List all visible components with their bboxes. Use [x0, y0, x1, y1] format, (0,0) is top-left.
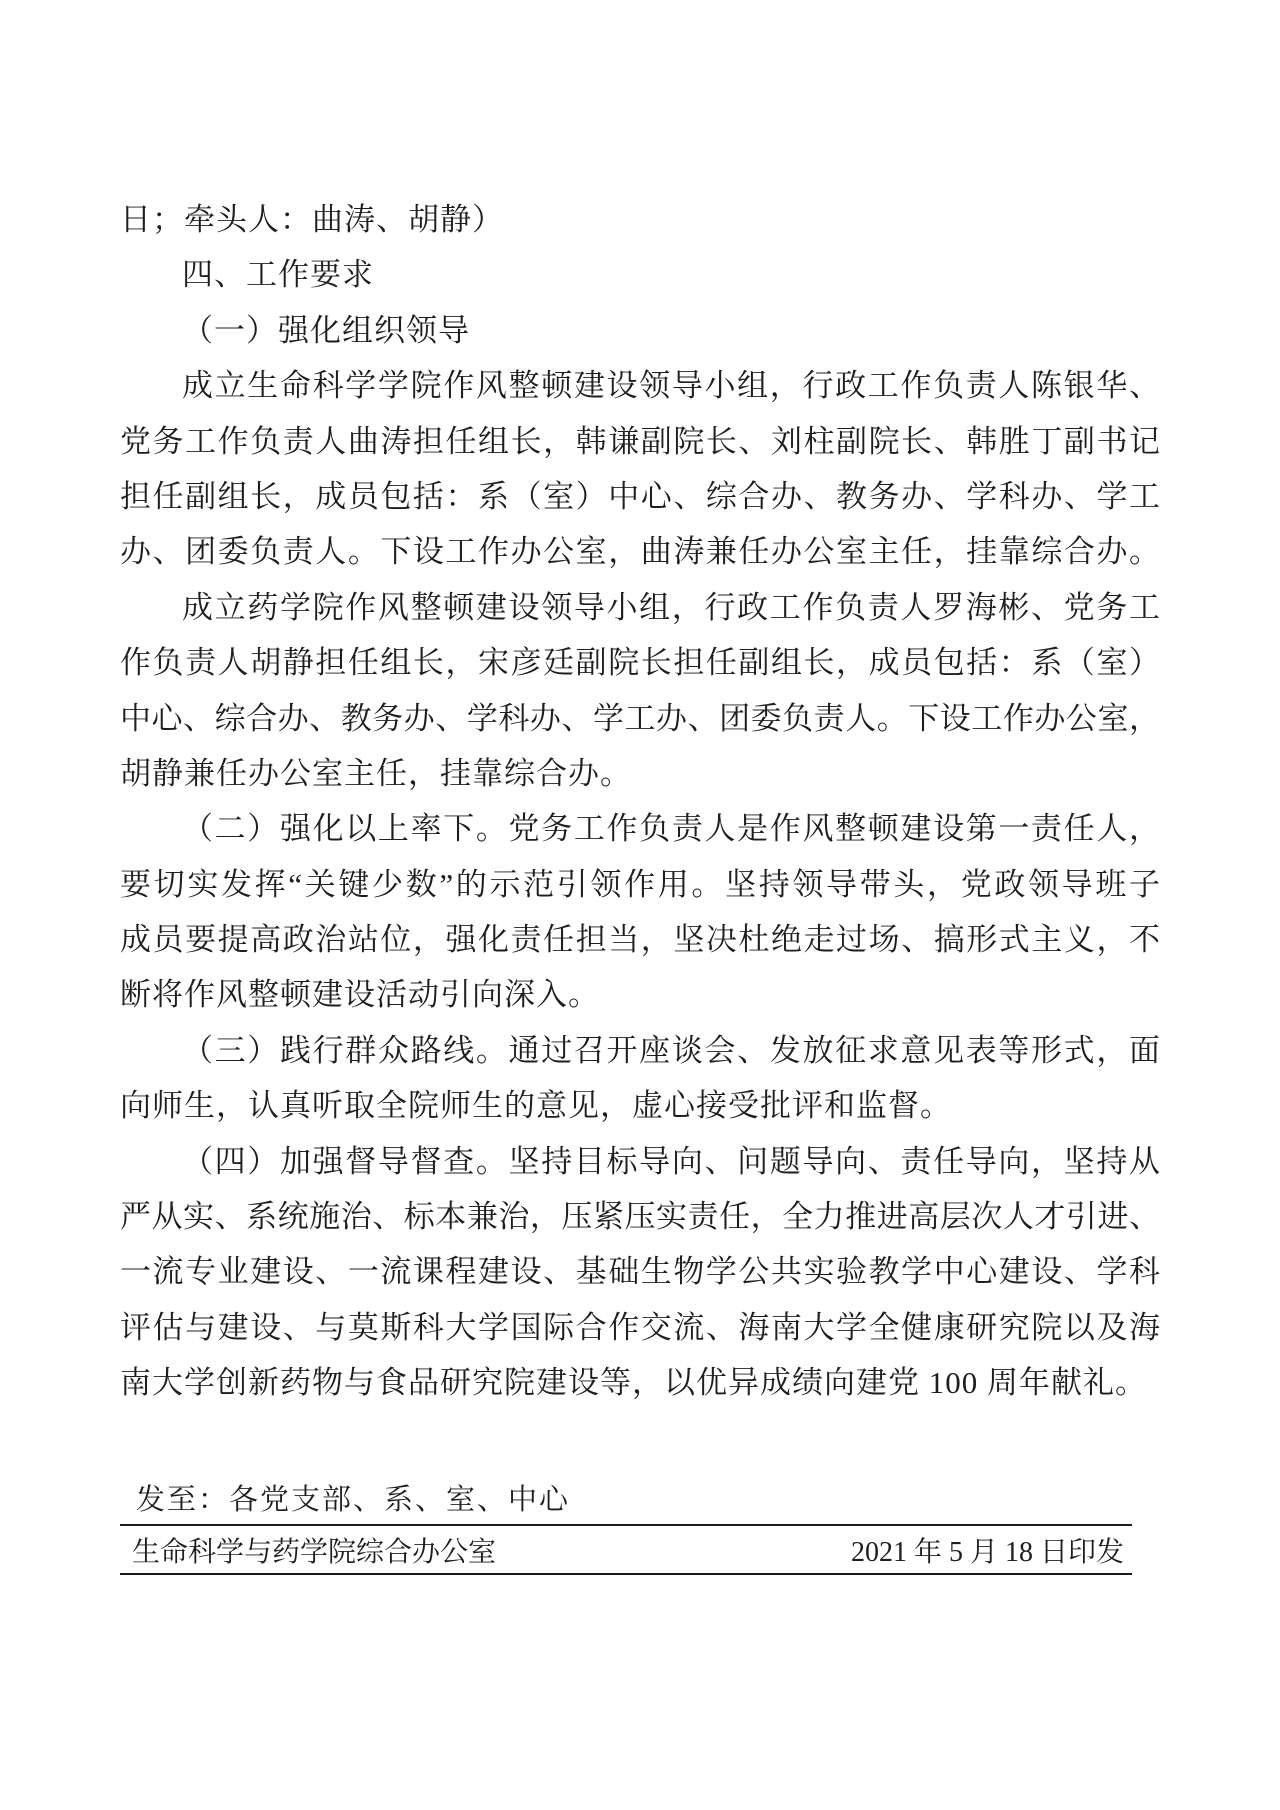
body-line: 作负责人胡静担任组长，宋彦廷副院长担任副组长，成员包括：系（室）	[120, 635, 1160, 690]
body-line: 中心、综合办、教务办、学科办、学工办、团委负责人。下设工作办公室，	[120, 691, 1160, 746]
document-body: 日；牵头人：曲涛、胡静）四、工作要求（一）强化组织领导成立生命科学学院作风整顿建…	[120, 192, 1160, 1411]
print-date: 2021 年 5 月 18 日印发	[851, 1530, 1124, 1570]
body-line: 日；牵头人：曲涛、胡静）	[120, 192, 1160, 247]
body-line: 办、团委负责人。下设工作办公室，曲涛兼任办公室主任，挂靠综合办。	[120, 524, 1160, 579]
body-line: （四）加强督导督查。坚持目标导向、问题导向、责任导向，坚持从	[120, 1134, 1160, 1189]
body-line: 四、工作要求	[120, 247, 1160, 302]
body-line: 断将作风整顿建设活动引向深入。	[120, 967, 1160, 1022]
body-line: 胡静兼任办公室主任，挂靠综合办。	[120, 746, 1160, 801]
body-line: 成员要提高政治站位，强化责任担当，坚决杜绝走过场、搞形式主义，不	[120, 912, 1160, 967]
body-line: 一流专业建设、一流课程建设、基础生物学公共实验教学中心建设、学科	[120, 1244, 1160, 1299]
body-line: （三）践行群众路线。通过召开座谈会、发放征求意见表等形式，面	[120, 1023, 1160, 1078]
footer-rule-bottom	[120, 1573, 1132, 1575]
body-line: 南大学创新药物与食品研究院建设等，以优异成绩向建党 100 周年献礼。	[120, 1355, 1160, 1410]
body-line: 成立药学院作风整顿建设领导小组，行政工作负责人罗海彬、党务工	[120, 580, 1160, 635]
body-line: 要切实发挥“关键少数”的示范引领作用。坚持领导带头，党政领导班子	[120, 857, 1160, 912]
body-line: （一）强化组织领导	[120, 303, 1160, 358]
body-line: 党务工作负责人曲涛担任组长，韩谦副院长、刘柱副院长、韩胜丁副书记	[120, 414, 1160, 469]
body-line: 严从实、系统施治、标本兼治，压紧压实责任，全力推进高层次人才引进、	[120, 1189, 1160, 1244]
colophon: 生命科学与药学院综合办公室 2021 年 5 月 18 日印发	[120, 1526, 1132, 1573]
body-line: 评估与建设、与莫斯科大学国际合作交流、海南大学全健康研究院以及海	[120, 1300, 1160, 1355]
issuing-office: 生命科学与药学院综合办公室	[132, 1530, 496, 1570]
body-line: 担任副组长，成员包括：系（室）中心、综合办、教务办、学科办、学工	[120, 469, 1160, 524]
body-line: （二）强化以上率下。党务工作负责人是作风整顿建设第一责任人，	[120, 801, 1160, 856]
document-page: 日；牵头人：曲涛、胡静）四、工作要求（一）强化组织领导成立生命科学学院作风整顿建…	[0, 0, 1280, 1810]
body-line: 成立生命科学学院作风整顿建设领导小组，行政工作负责人陈银华、	[120, 358, 1160, 413]
body-line: 向师生，认真听取全院师生的意见，虚心接受批评和监督。	[120, 1078, 1160, 1133]
distribution-line: 发至：各党支部、系、室、中心	[136, 1482, 570, 1518]
